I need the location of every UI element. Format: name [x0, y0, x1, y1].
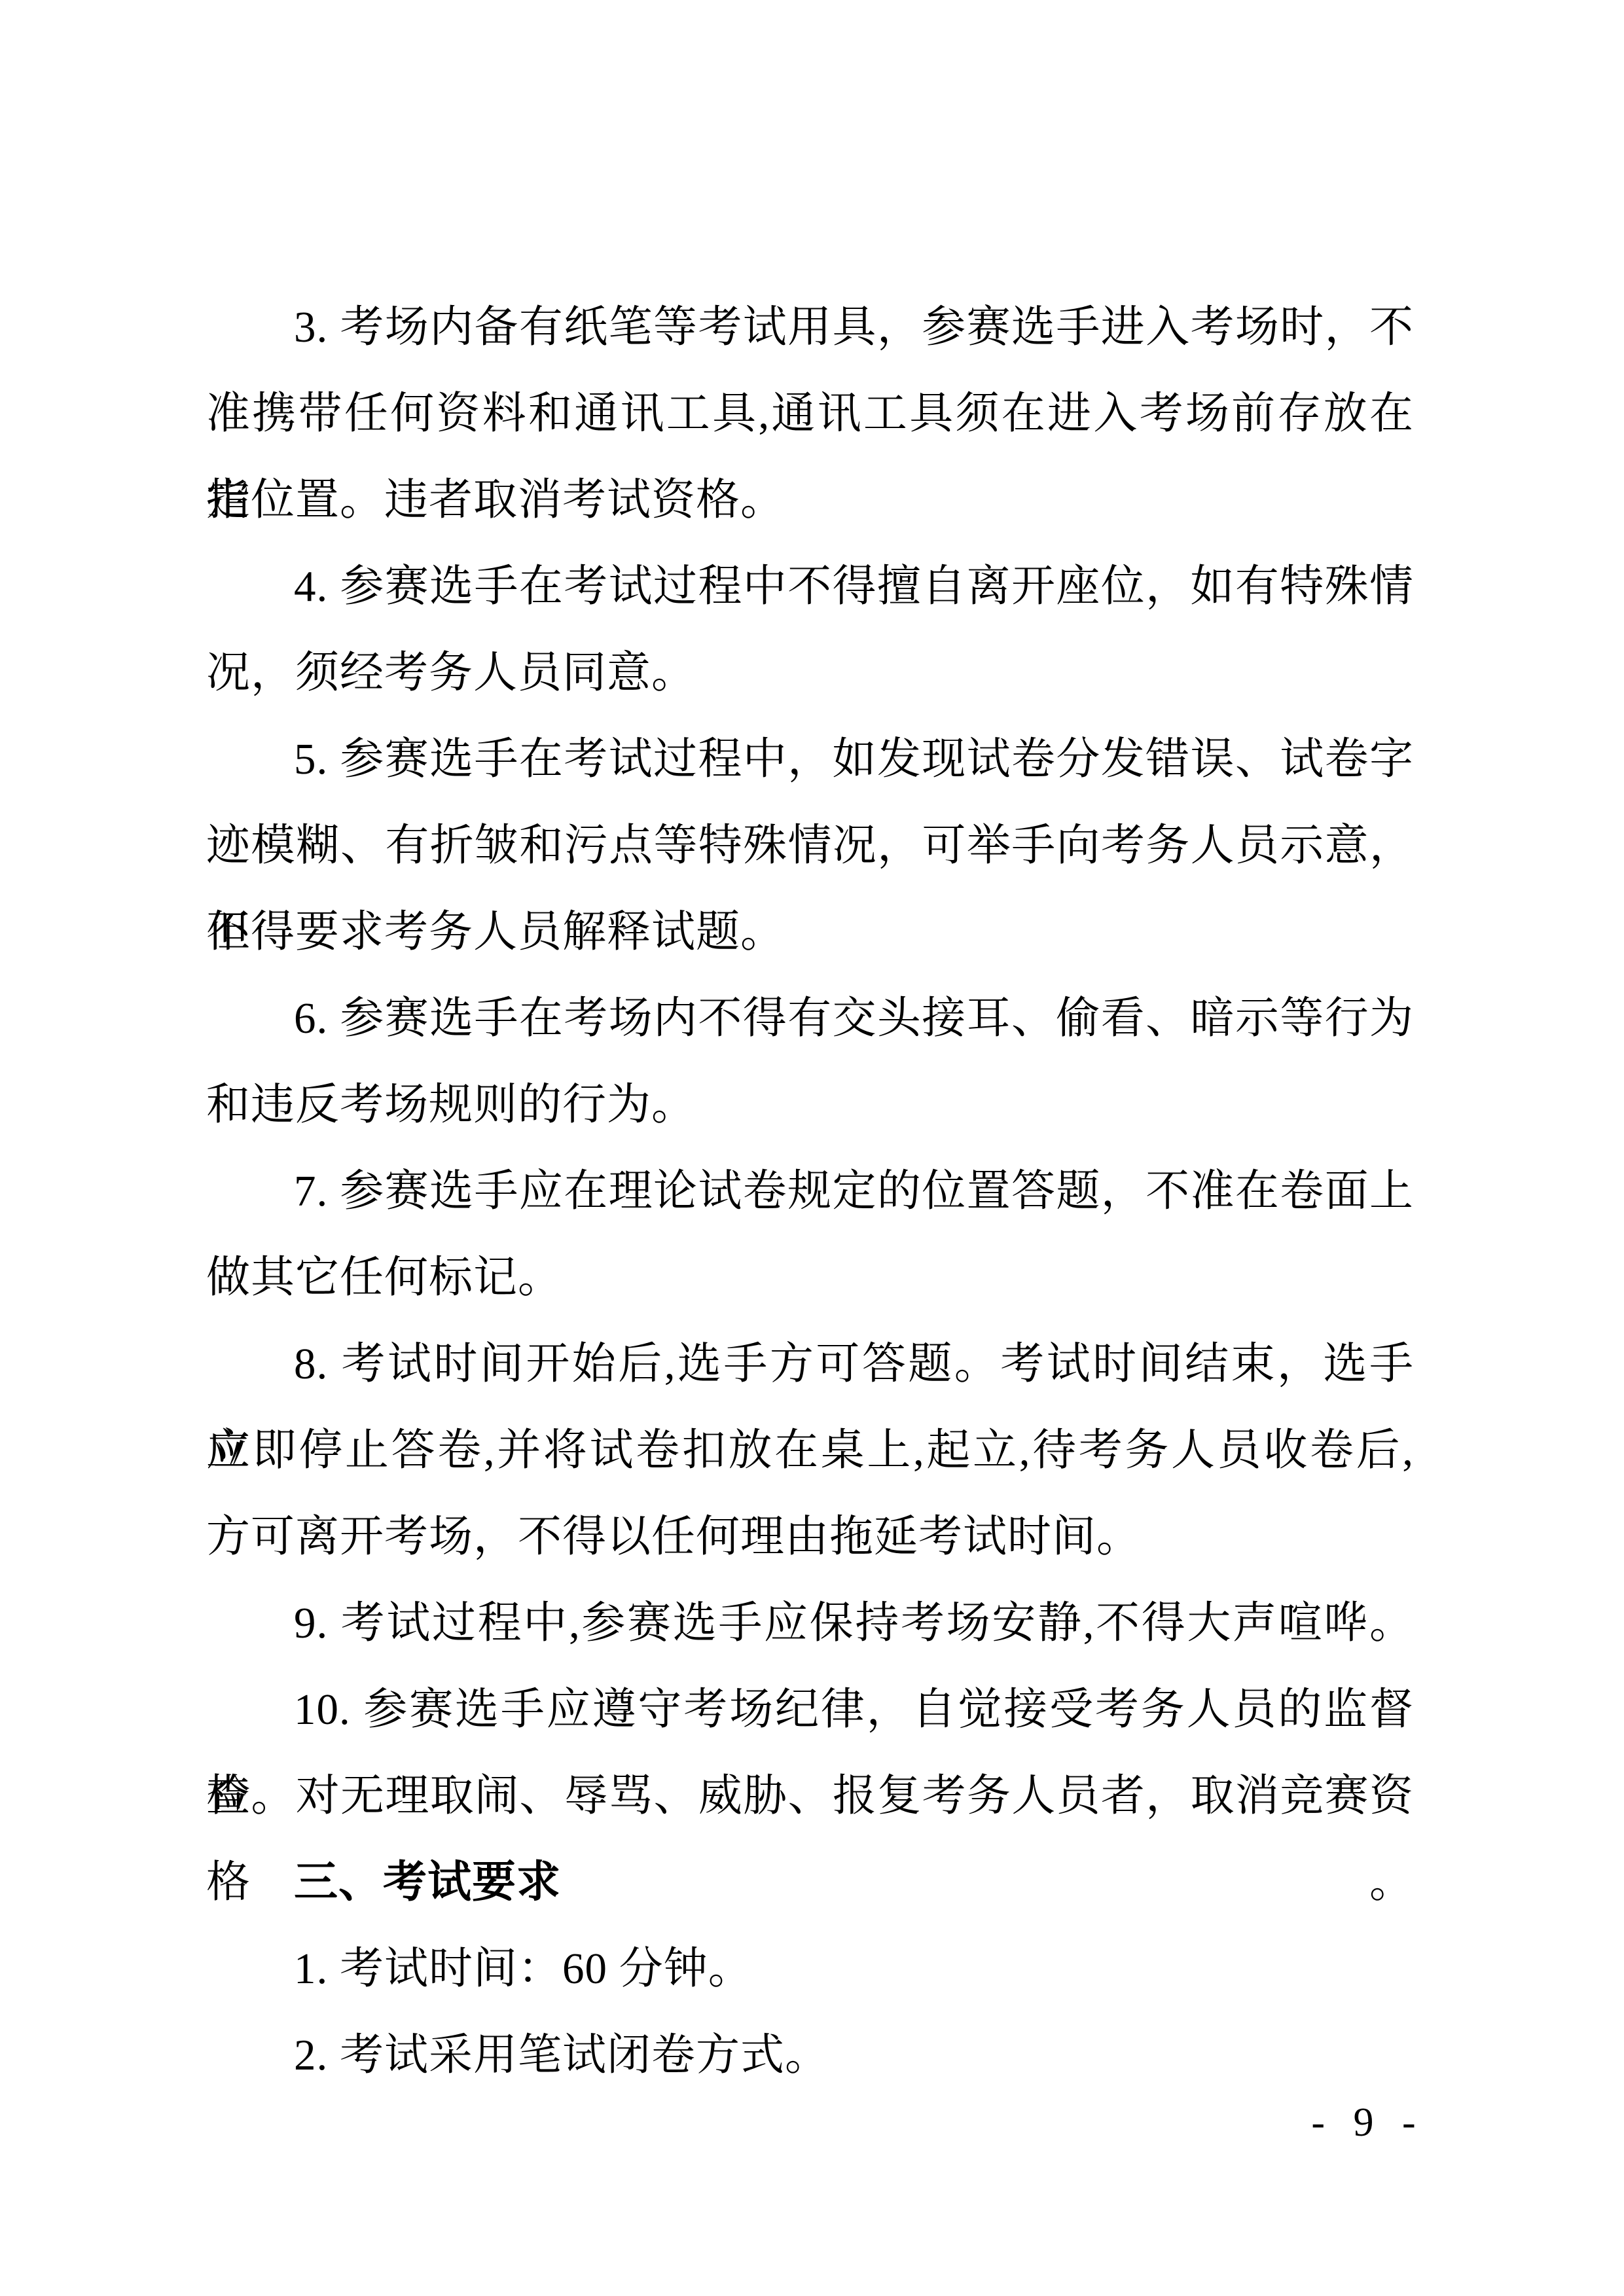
page-number: - 9 - — [1303, 2093, 1434, 2152]
item-6-line-1: 6. 参赛选手在考场内不得有交头接耳、偷看、暗示等行为 — [206, 975, 1414, 1062]
requirement-item-2: 2. 考试采用笔试闭卷方式。 — [206, 2012, 1414, 2098]
item-3-line-1: 3. 考场内备有纸笔等考试用具，参赛选手进入考场时，不 — [206, 284, 1414, 370]
document-page: 3. 考场内备有纸笔等考试用具，参赛选手进入考场时，不 准携带任何资料和通讯工具… — [206, 284, 1414, 2098]
item-4-line-2: 况，须经考务人员同意。 — [206, 630, 1414, 716]
item-6-line-2: 和违反考场规则的行为。 — [206, 1062, 1414, 1148]
item-7-line-1: 7. 参赛选手应在理论试卷规定的位置答题，不准在卷面上 — [206, 1148, 1414, 1234]
item-8-line-2: 立即停止答卷,并将试卷扣放在桌上,起立,待考务人员收卷后, — [206, 1407, 1414, 1494]
item-5-line-3: 不得要求考务人员解释试题。 — [206, 889, 1414, 975]
item-10-line-1: 10. 参赛选手应遵守考场纪律，自觉接受考务人员的监督检 — [206, 1666, 1414, 1753]
item-9-line-1: 9. 考试过程中,参赛选手应保持考场安静,不得大声喧哗。 — [206, 1580, 1414, 1666]
item-5-line-2: 迹模糊、有折皱和污点等特殊情况，可举手向考务人员示意，但 — [206, 802, 1414, 889]
item-8-line-3: 方可离开考场，不得以任何理由拖延考试时间。 — [206, 1494, 1414, 1580]
requirement-item-1: 1. 考试时间：60 分钟。 — [206, 1926, 1414, 2012]
item-3-line-2: 准携带任何资料和通讯工具,通讯工具须在进入考场前存放在指 — [206, 370, 1414, 457]
item-7-line-2: 做其它任何标记。 — [206, 1234, 1414, 1321]
item-8-line-1: 8. 考试时间开始后,选手方可答题。考试时间结束，选手应 — [206, 1321, 1414, 1407]
item-10-line-2: 查。对无理取闹、辱骂、威胁、报复考务人员者，取消竞赛资格。 — [206, 1753, 1414, 1839]
item-5-line-1: 5. 参赛选手在考试过程中，如发现试卷分发错误、试卷字 — [206, 716, 1414, 802]
item-3-line-3: 定位置。违者取消考试资格。 — [206, 457, 1414, 543]
item-4-line-1: 4. 参赛选手在考试过程中不得擅自离开座位，如有特殊情 — [206, 543, 1414, 630]
